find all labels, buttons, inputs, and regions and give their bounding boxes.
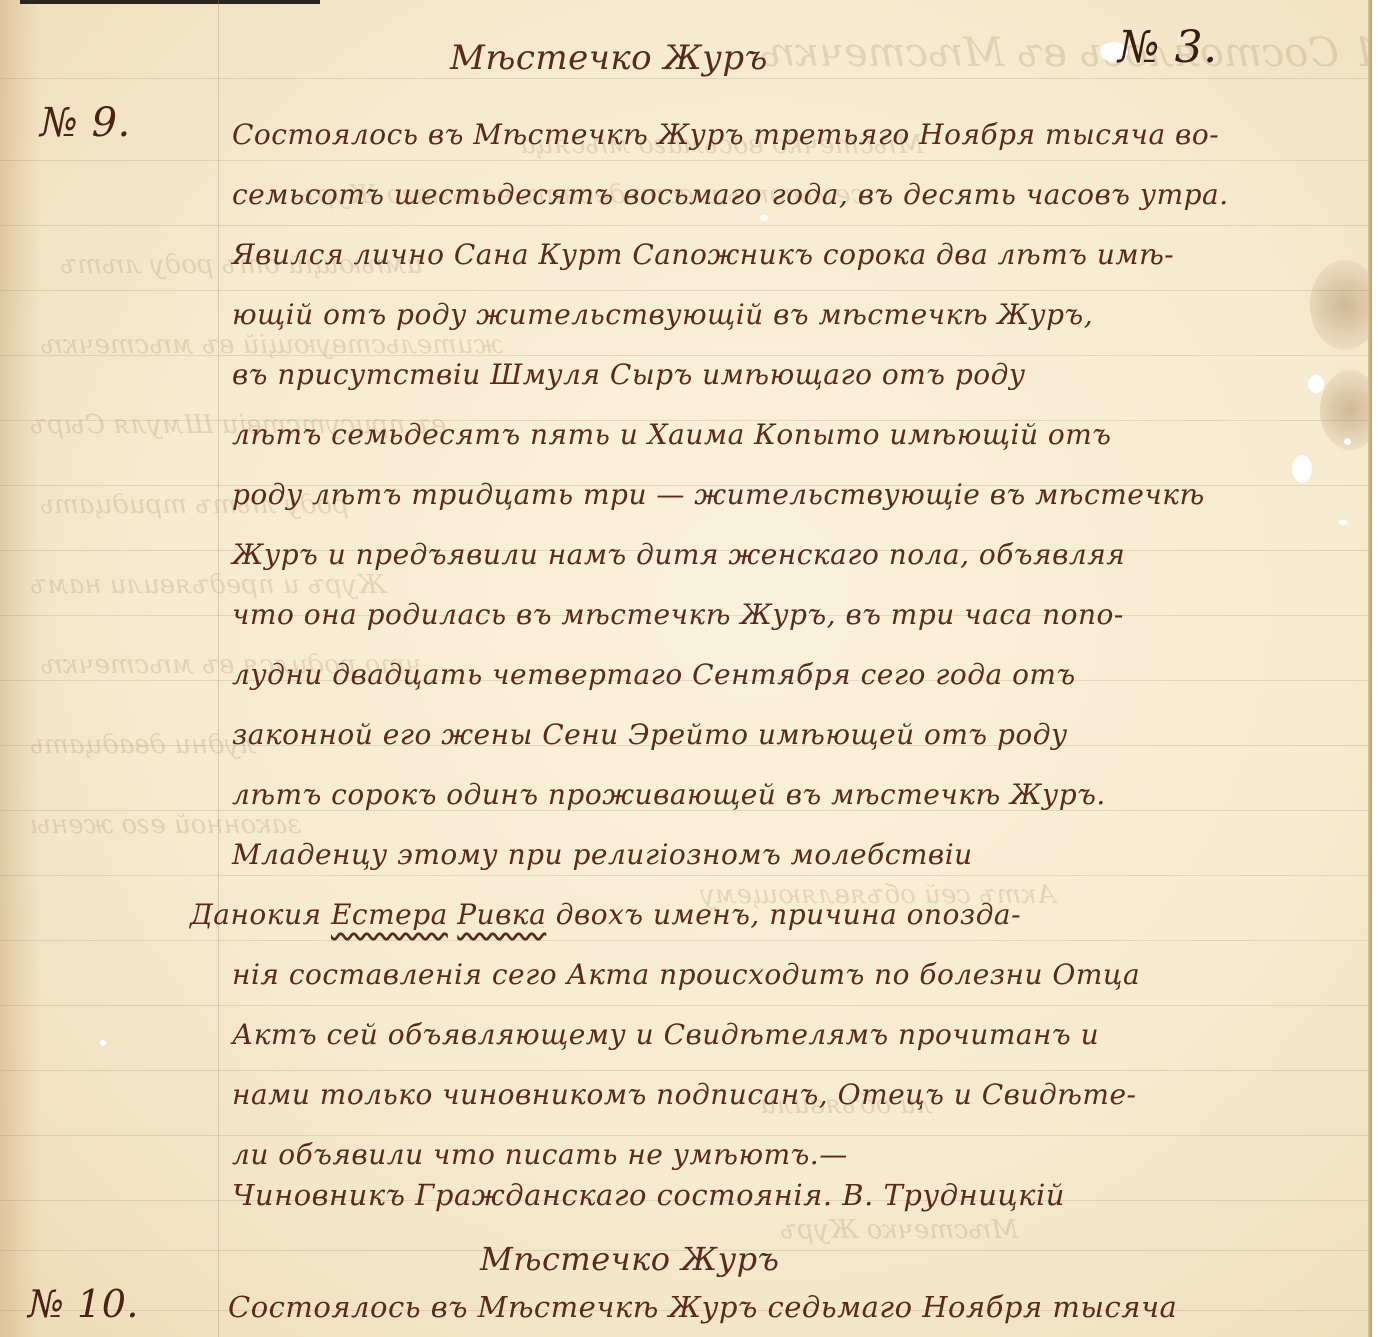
right-margin [1372, 0, 1387, 1337]
lower-section: Чиновникъ Гражданскаго состоянiя. В. Тру… [0, 0, 1372, 1337]
registrar-signature: Чиновникъ Гражданскаго состоянiя. В. Тру… [232, 1178, 1065, 1212]
entry-10-number: № 10. [28, 1282, 139, 1326]
entry-10-heading: Мѣстечко Журъ [480, 1240, 779, 1278]
entry-10-line: Состоялось въ Мѣстечкѣ Журъ седьмаго Ноя… [228, 1290, 1177, 1324]
